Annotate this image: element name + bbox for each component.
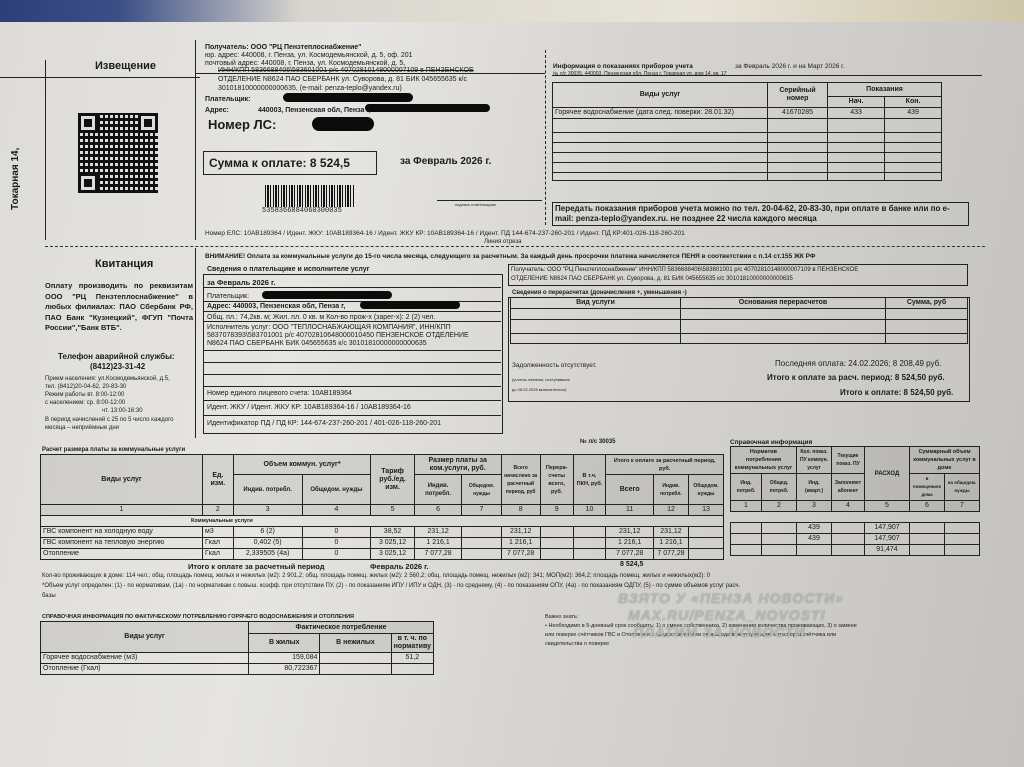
redacted-payer <box>283 93 413 102</box>
col-recalc: Перера-счеты всего, руб. <box>540 455 573 505</box>
col-total-charged: Всего начислено за расчетный период, руб <box>501 455 540 505</box>
col-meter-ind: Инд. (кварт.) <box>797 474 832 501</box>
total-due: Итого к оплате: 8 524,50 руб. <box>840 388 953 397</box>
amount-due: Сумма к оплате: 8 524,5 <box>209 156 350 170</box>
table-row: ГВС компонент на тепловую энергиюГкал0,4… <box>41 538 724 549</box>
recipient-line-2: ОТДЕЛЕНИЕ N8624 ПАО СБЕРБАНК ул. Суворов… <box>511 275 793 284</box>
col-service: Виды услуг <box>41 622 249 653</box>
recalc-note-1: (учтены платежи, поступившие <box>512 375 570 384</box>
payment-qr-code[interactable] <box>78 113 158 193</box>
address-label: Адрес: <box>205 106 229 115</box>
debt-status: Задолженность отсутствует. <box>512 361 597 370</box>
total-label: Итого к оплате за расчетный период <box>188 562 325 571</box>
meter-notice: Передать показания приборов учета можно … <box>555 204 967 224</box>
last-payment: Последняя оплата: 24.02.2026; 8 208,49 р… <box>775 359 941 368</box>
col-nonresidential: В нежилых <box>320 634 391 653</box>
col-vol-common: Общедом. нужды <box>302 475 371 505</box>
account-label: Номер ЛС: <box>208 117 276 132</box>
account-number: № л/с 30035 <box>580 438 616 447</box>
emergency-label: Телефон аварийной службы: <box>58 352 175 361</box>
row-divider <box>203 362 501 363</box>
hours-2: с населением: ср. 8:00-12:00 <box>45 399 125 407</box>
col-current-sub: Заполняет абонент <box>832 474 865 501</box>
meter-divider <box>545 50 546 225</box>
col-serial: Серийный номер <box>768 83 828 108</box>
ident-pd: Идентификатор ПД / ПД КР: 144-674-237-26… <box>207 419 441 428</box>
col-sum: Сумма, руб <box>886 298 968 309</box>
col-due: Итого к оплате за расчетный период, руб. <box>606 455 724 475</box>
notice-divider <box>195 40 196 240</box>
table-row: ГВС компонент на холодную водум36 (2)038… <box>41 527 724 538</box>
recalc-note-2: до 28.02.2026 включительно) <box>512 385 566 394</box>
table-row: 439147,907 <box>731 523 980 534</box>
redacted-address-2 <box>360 301 460 309</box>
col-tariff: Тариф руб./ед. изм. <box>371 455 414 505</box>
cut-line <box>45 246 985 247</box>
hours-1: Режим работы вт. 8:00-12:00 <box>45 391 124 399</box>
important-line-3: свидетельства о поверке <box>545 640 609 649</box>
col-meter-count: Кол. показ. ПУ коммун. услуг <box>797 447 832 474</box>
barcode <box>265 185 355 207</box>
total-for-period: Итого к оплате за расч. период: 8 524,50… <box>767 373 945 382</box>
col-unit: Ед. изм. <box>203 455 234 505</box>
row-divider <box>203 321 501 322</box>
row-divider <box>203 311 501 312</box>
signature-line <box>437 200 542 201</box>
account-line: 30101810000000000635, (e-mail: penza-tep… <box>218 84 402 93</box>
note-2: месяца – неприёмные дни <box>45 424 119 432</box>
meter-address-line: № л/с 30035, 440003, Пензенская обл, Пен… <box>553 70 726 79</box>
note-1: В период начислений с 25 по 5 число кажд… <box>45 416 174 424</box>
col-service-type: Вид услуги <box>511 298 681 309</box>
col-current: Текущие показ. ПУ <box>832 447 865 474</box>
col-residential: В жилых <box>249 634 320 653</box>
side-address: Токарная 14, <box>10 148 21 210</box>
total-value: 8 524,5 <box>620 560 643 569</box>
col-norm-ind: Инд. потреб. <box>731 474 762 501</box>
actual-consumption-table: Виды услуг Фактическое потребление В жил… <box>40 621 434 675</box>
redacted-account <box>312 117 374 131</box>
table-row: Отопление (Гкал)80,722367 <box>41 664 434 675</box>
col-house-total: Суммарный объем коммунальных услуг в дом… <box>910 447 980 474</box>
col-due-all: Всего <box>606 475 654 505</box>
col-end: Кон. <box>885 97 942 108</box>
important-title: Важно знать: <box>545 613 578 622</box>
notice-title-line <box>0 77 200 78</box>
contractor-3: N8624 ПАО СБЕРБАНК БИК 045655635 к/с 301… <box>207 339 427 348</box>
column-numbers: 1234567 <box>731 501 980 512</box>
reception-phone: тел. (8412)20-04-62, 20-83-30 <box>45 383 126 391</box>
col-by-norm: в т. ч. по нормативу <box>391 634 433 653</box>
watermark-line-1: ВЗЯТО У «ПЕНЗА НОВОСТИ» <box>618 590 844 606</box>
row-divider <box>203 374 501 375</box>
table-row: 439147,907 <box>731 534 980 545</box>
row-divider <box>203 400 501 401</box>
ident-zhku: Идент. ЖКУ / Идент. ЖКУ КР: 10АВ189364-1… <box>207 403 411 412</box>
redacted-payer-2 <box>262 291 392 299</box>
row-divider <box>203 415 501 416</box>
payer-info-payer: Плательщик: <box>207 292 249 301</box>
billing-period: за Февраль 2026 г. <box>400 156 491 167</box>
meter-readings-table: Виды услуг Серийный номер Показания Нач.… <box>552 82 942 181</box>
col-due-ind: Индив. потребл. <box>654 475 689 505</box>
col-start: Нач. <box>828 97 885 108</box>
col-pkn: В т.ч. ПКН, руб. <box>573 455 606 505</box>
notice-title: Извещение <box>95 60 156 72</box>
col-service: Виды услуг <box>553 83 768 108</box>
receipt-divider <box>195 248 196 438</box>
receipt-title: Квитанция <box>95 258 153 270</box>
watermark-line-2: MAX.RU/PENZA_NOVOSTI <box>628 607 825 623</box>
payer-info-title: Сведения о плательщике и исполнителе усл… <box>207 265 370 274</box>
inn-line: ИНН/КПП 5836688406\583601001 р/с 4070281… <box>218 66 474 75</box>
hours-3: чт. 13:00-16:30 <box>102 407 143 415</box>
recipient-line-1: Получатель: ООО "РЦ Пензтеплоснабжение" … <box>511 266 858 275</box>
payer-info-address: Адрес: 440003, Пензенская обл, Пенза г, <box>207 302 345 311</box>
total-period: Февраль 2026 г. <box>370 562 429 571</box>
col-due-common: Общедом. нужды <box>688 475 723 505</box>
ids-line: Номер ЕЛС: 10АВ189364 / Идент. ЖКУ: 10АВ… <box>205 229 685 238</box>
col-pay-ind: Индив. потребл. <box>414 475 462 505</box>
col-reason: Основания перерасчетов <box>681 298 886 309</box>
col-norm-common: Общед. потреб. <box>762 474 797 501</box>
volume-note-2: базы <box>42 592 56 601</box>
redacted-address <box>365 104 490 112</box>
section-label: Коммунальные услуги <box>41 516 724 527</box>
reference-table: Норматив потребления коммунальных услуг … <box>730 446 980 556</box>
col-readings: Показания <box>828 83 942 97</box>
col-pay: Размер платы за ком.услуги, руб. <box>414 455 501 475</box>
col-pay-common: Общедом. нужды <box>462 475 501 505</box>
col-house-common: на общедом. нужды <box>945 474 980 501</box>
residents-info: Кол-во проживающих в доме: 114 чел.; общ… <box>42 572 710 581</box>
single-account-number: Номер единого лицевого счета: 10АВ189364 <box>207 389 352 398</box>
reception-address: Прием населения: ул.Космодемьянской, д.5… <box>45 375 170 383</box>
col-norm: Норматив потребления коммунальных услуг <box>731 447 797 474</box>
left-margin-line <box>45 60 46 240</box>
meter-row: Горячее водоснабжение (дата след. поверк… <box>553 108 942 119</box>
watermark-line-3: ПЛАТИМ ЗА НОВОСТИ <box>633 624 805 640</box>
row-divider <box>203 350 501 351</box>
payer-info-period: за Февраль 2026 г. <box>207 278 276 287</box>
row-divider <box>203 386 501 387</box>
col-volume: Объем коммун. услуг* <box>233 455 371 475</box>
table-row: 91,474 <box>731 545 980 556</box>
col-actual: Фактическое потребление <box>249 622 434 634</box>
payment-info: Оплату производить по реквизитам ООО "РЦ… <box>45 281 193 334</box>
column-numbers: 12345678910111213 <box>41 505 724 516</box>
payment-warning: ВНИМАНИЕ! Оплата за коммунальные услуги … <box>205 252 815 261</box>
col-house-premises: в помещениях дома <box>910 474 945 501</box>
table-row: ОтоплениеГкал2,339505 (4а)03 025,127 077… <box>41 549 724 560</box>
table-row: Горячее водоснабжение (м3)159,08451,2 <box>41 653 434 664</box>
col-vol-ind: Индив. потребл. <box>233 475 302 505</box>
emergency-phone: (8412)23-31-42 <box>90 362 145 371</box>
row-divider <box>203 287 501 288</box>
address-value: 440003, Пензенская обл, Пенза г, <box>258 106 371 115</box>
meter-info-period: за Февраль 2026 г. и на Март 2026 г. <box>735 62 845 71</box>
calc-table-left: Виды услуг Ед. изм. Объем коммун. услуг*… <box>40 454 724 560</box>
payer-label: Плательщик: <box>205 95 251 104</box>
bank-line: ОТДЕЛЕНИЕ N8624 ПАО СБЕРБАНК ул. Суворов… <box>218 75 467 84</box>
recalc-table: Вид услугиОснования перерасчетовСумма, р… <box>510 297 968 344</box>
signature-label: подпись плательщика <box>455 202 496 207</box>
barcode-number: 5358366884060300035 <box>262 207 342 215</box>
col-consumption: РАСХОД <box>865 447 910 501</box>
col-service: Виды услуг <box>41 455 203 505</box>
